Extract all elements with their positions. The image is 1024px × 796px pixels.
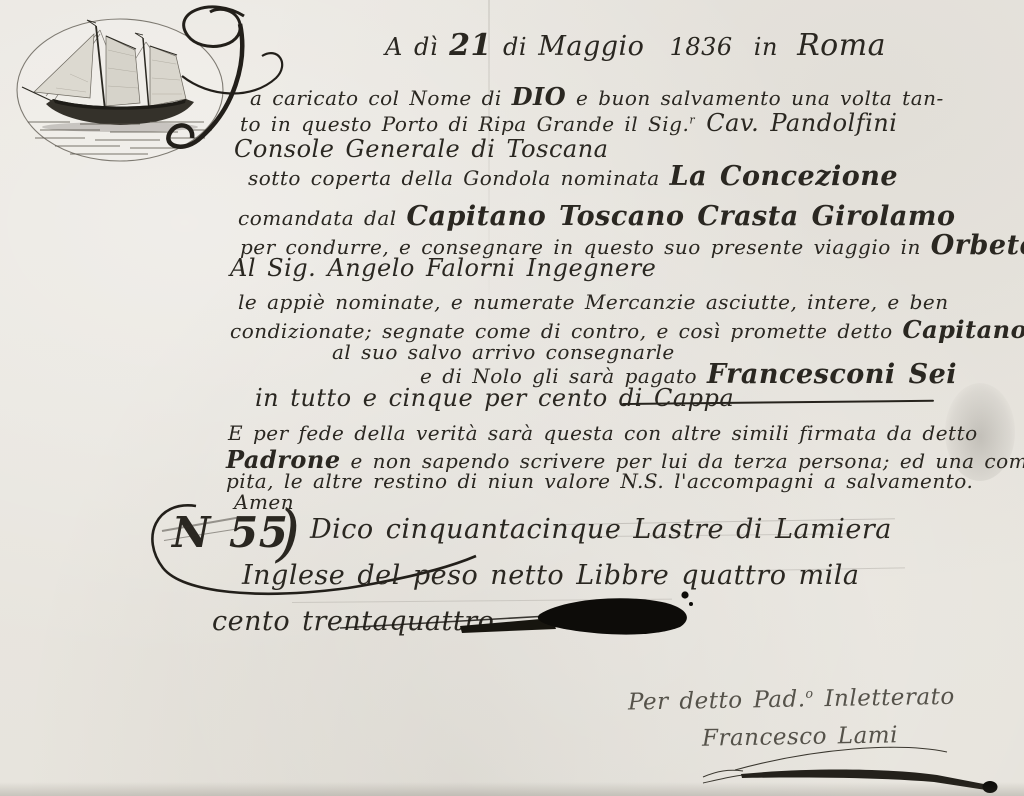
body-line-8: le appiè nominate, e numerate Mercanzie … <box>238 290 949 314</box>
date-line: A dì 21 di Maggio 1836 in Roma <box>385 28 886 63</box>
cargo-line-1: Dico cinquantacinque Lastre di Lamiera <box>310 514 892 545</box>
body-line-15: pita, le altre restino di niun valore N.… <box>226 469 973 493</box>
cargo-number: N 55 <box>172 508 288 557</box>
date-month: Maggio <box>538 31 644 62</box>
cargo-paren: ) <box>276 496 301 569</box>
text-segment-consignor: Cav. Pandolfini <box>695 109 897 137</box>
body-line-1: a caricato col Nome di DIO e buon salvam… <box>250 82 944 111</box>
text-segment-vessel-name: La Concezione <box>670 161 899 192</box>
cargo-line-2: Inglese del peso netto Libbre quattro mi… <box>242 560 860 591</box>
date-di: di <box>503 33 527 61</box>
text-segment: Per detto Pad. <box>628 686 806 715</box>
date-prefix: A dì <box>385 33 438 61</box>
text-segment: sotto coperta della Gondola nominata <box>248 166 670 190</box>
text-segment-dio: DIO <box>512 82 566 111</box>
signature-line-1: Per detto Pad.o Inletterato <box>628 683 955 715</box>
superscript-o: o <box>805 686 813 701</box>
text-segment-destination: Orbetello <box>931 230 1024 261</box>
text-segment: to in questo Porto di Ripa Grande il Sig… <box>240 112 689 136</box>
date-in: in <box>754 33 778 61</box>
body-line-4: sotto coperta della Gondola nominata La … <box>248 161 898 192</box>
text-segment-capitano: Capitano <box>902 315 1024 344</box>
text-segment-captain-name: Capitano Toscano Crasta Girolamo <box>407 201 956 232</box>
body-line-12: in tutto e cinque per cento di Cappa <box>255 384 734 412</box>
date-year: 1836 <box>670 33 733 61</box>
body-line-7: Al Sig. Angelo Falorni Ingegnere <box>230 254 656 282</box>
ink-blot <box>340 588 720 646</box>
text-segment: e buon salvamento una volta tan- <box>566 86 944 110</box>
text-segment: Inletterato <box>813 684 955 712</box>
body-line-5: comandata dal Capitano Toscano Crasta Gi… <box>238 201 956 232</box>
text-segment-freight: Francesconi Sei <box>707 359 957 390</box>
body-line-3: Console Generale di Toscana <box>234 135 608 163</box>
date-place: Roma <box>797 28 886 63</box>
date-day: 21 <box>449 28 492 63</box>
text-segment: comandata dal <box>238 206 407 230</box>
body-line-13: E per fede della verità sarà questa con … <box>228 421 978 445</box>
body-line-2: to in questo Porto di Ripa Grande il Sig… <box>240 109 897 137</box>
signature-flourish-stroke <box>695 740 1017 796</box>
manuscript-page: H A dì 21 di Maggio 1836 in Roma a caric… <box>0 0 1024 796</box>
text-segment: a caricato col Nome di <box>250 86 512 110</box>
